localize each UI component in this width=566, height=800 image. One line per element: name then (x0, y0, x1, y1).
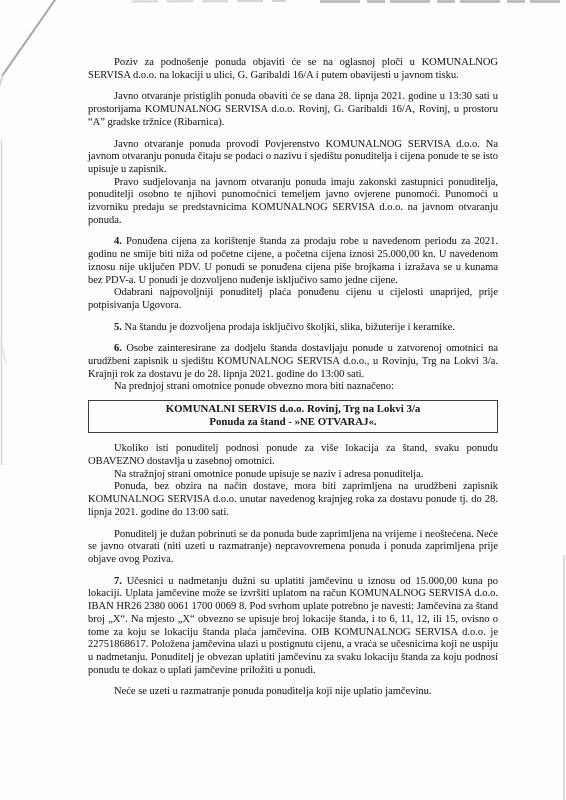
numbered-paragraph: 4. Ponuđena cijena za korištenje štanda … (88, 236, 498, 287)
envelope-label-box: KOMUNALNI SERVIS d.o.o. Rovinj, Trg na L… (88, 400, 498, 433)
paragraph-number: 5. (114, 322, 125, 333)
paragraph: Poziv za podnošenje ponuda objaviti će s… (88, 57, 498, 82)
document-body-top: Poziv za podnošenje ponuda objaviti će s… (88, 57, 498, 394)
paragraph: Na stražnjoj strani omotnice ponude upis… (88, 469, 498, 482)
numbered-paragraph: 7. Učesnici u nadmetanju dužni su uplati… (88, 576, 498, 678)
top-smudge-left (132, 1, 286, 2)
numbered-paragraph: 6. Osobe zainteresirane za dodjelu štand… (88, 343, 498, 381)
paragraph: Ukoliko isti ponuditelj podnosi ponude z… (88, 443, 498, 468)
paragraph: Na prednjoj strani omotnice ponude obvez… (88, 381, 498, 394)
paragraph: Neće se uzeti u razmatranje ponuda ponud… (88, 686, 498, 699)
paragraph: Ponuditelj je dužan pobrinuti se da ponu… (88, 529, 498, 567)
page-fold-area (0, 0, 56, 82)
document-content: Poziv za podnošenje ponuda objaviti će s… (88, 57, 498, 699)
envelope-address-line: KOMUNALNI SERVIS d.o.o. Rovinj, Trg na L… (93, 403, 493, 416)
paragraph-number: 7. (114, 576, 127, 587)
paragraph: Pravo sudjelovanja na javnom otvaranju p… (88, 177, 498, 228)
left-edge-mark (1, 340, 6, 364)
paragraph: Odabrani najpovoljniji ponuditelj plaća … (88, 287, 498, 312)
paragraph-number: 4. (114, 236, 126, 247)
page-fold-line-tail (0, 74, 3, 88)
numbered-paragraph: 5. Na štandu je dozvoljena prodaja isklj… (88, 322, 498, 335)
paragraph: Ponuda, bez obzira na način dostave, mor… (88, 481, 498, 519)
paragraph-number: 6. (114, 343, 126, 354)
paragraph: Javno otvaranje ponuda provodi Povjerens… (88, 139, 498, 177)
paragraph: Javno otvaranje pristiglih ponuda obavit… (88, 91, 498, 129)
envelope-warning-line: Ponuda za štand - »NE OTVARAJ«. (93, 416, 493, 429)
document-body-bottom: Ukoliko isti ponuditelj podnosi ponude z… (88, 443, 498, 699)
page-fold-line (2, 0, 57, 76)
scanned-page: Poziv za podnošenje ponuda objaviti će s… (0, 0, 566, 800)
